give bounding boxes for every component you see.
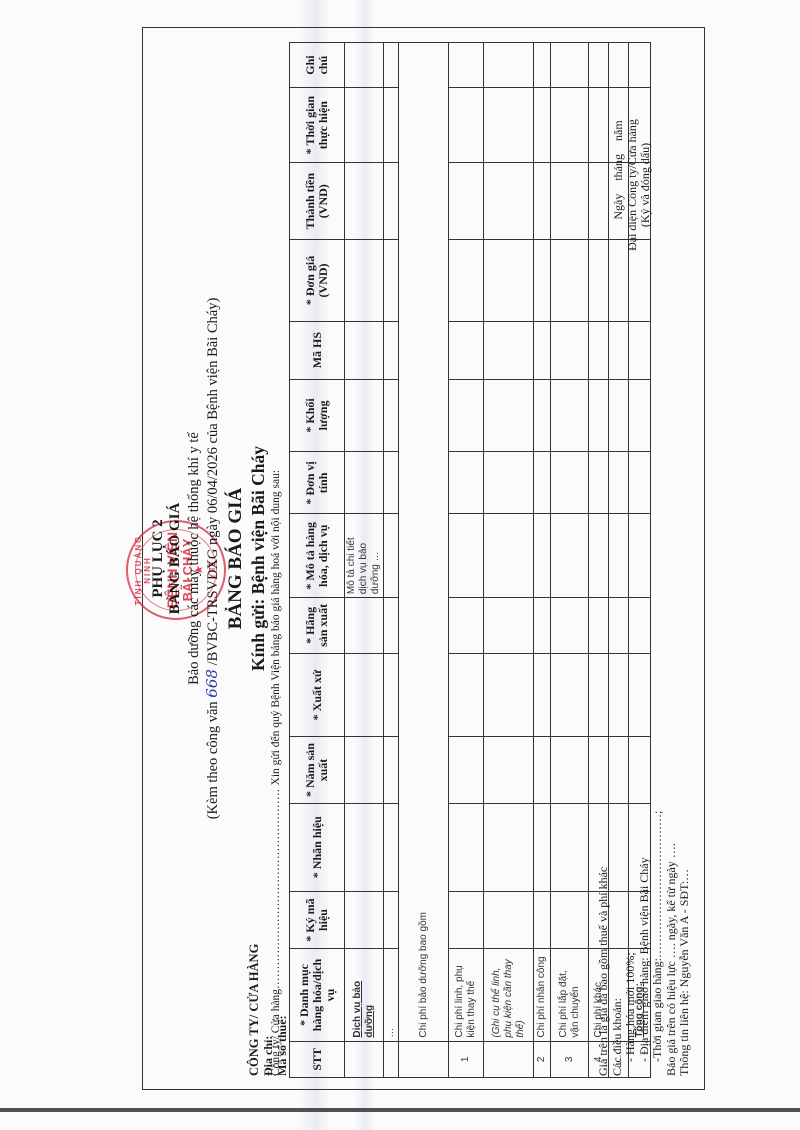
- cell-empty: [609, 653, 629, 737]
- cell-empty: [551, 452, 589, 514]
- cell-empty: [551, 653, 589, 737]
- cell-empty: [384, 803, 399, 891]
- cell-empty: [484, 803, 534, 891]
- cell-empty: [551, 891, 589, 949]
- cell-empty: [484, 163, 534, 240]
- price-note: Giá trên là giá đã bao gồm thuế và phí k…: [597, 811, 611, 1076]
- table-row: …: [384, 43, 399, 1078]
- cell-empty: [589, 379, 609, 452]
- cell-empty: [609, 379, 629, 452]
- cell-stt: [384, 1041, 399, 1077]
- column-header: * Đơn giá (VND): [290, 240, 345, 321]
- cell-empty: [551, 321, 589, 379]
- scan-page-edge: [0, 1108, 800, 1112]
- cell-empty: [534, 163, 551, 240]
- intro-line: Công ty/ Cửa hàng…………………………………………… Xin g…: [270, 470, 282, 1076]
- cell-stt: 2: [534, 1041, 551, 1077]
- column-header: * Thời gian thực hiện: [290, 88, 345, 163]
- cell-empty: [534, 321, 551, 379]
- term-delivery-time: -Thời gian giao hàng:………………………………;: [651, 811, 665, 1076]
- cell-empty: [484, 321, 534, 379]
- cell-empty: [589, 321, 609, 379]
- cell-empty: [484, 88, 534, 163]
- cell-empty: [589, 598, 609, 654]
- cell-empty: [609, 452, 629, 514]
- cell-empty: [449, 891, 484, 949]
- cell-empty: [449, 163, 484, 240]
- cell-empty: [449, 653, 484, 737]
- cell-empty: [384, 240, 399, 321]
- quotation-title: BẢNG BÁO GIÁ: [225, 27, 247, 1090]
- cell-empty: [551, 88, 589, 163]
- cell-empty: [629, 514, 651, 598]
- cell-description: Mô tả chi tiết dịch vụ bảo dưỡng …: [345, 514, 384, 598]
- cell-empty: [534, 379, 551, 452]
- cell-empty: [345, 803, 384, 891]
- cell-empty: [534, 598, 551, 654]
- terms-block: Giá trên là giá đã bao gồm thuế và phí k…: [597, 811, 692, 1076]
- cell-empty: [449, 321, 484, 379]
- cell-empty: [534, 803, 551, 891]
- cell-item: Chi phí lắp đặt, vận chuyển: [551, 949, 589, 1041]
- cell-empty: [609, 737, 629, 803]
- handwritten-doc-number: 668: [203, 669, 221, 698]
- intro-fill-dots: ……………………………………………: [270, 788, 282, 989]
- cell-empty: [384, 452, 399, 514]
- cell-stt: [484, 1041, 534, 1077]
- cell-empty: [384, 43, 399, 88]
- column-header: * Nhãn hiệu: [290, 803, 345, 891]
- column-header: * Khối lượng: [290, 379, 345, 452]
- table-row: 1Chi phí linh, phụ kiện thay thế: [449, 43, 484, 1078]
- cell-empty: [449, 379, 484, 452]
- cell-item: (Ghi cụ thể linh, phụ kiện cần thay thế): [484, 949, 534, 1041]
- quotation-page: TỈNH QUẢNG NINH BỆNH VIỆN BÃI CHÁY ★ Y T…: [142, 27, 705, 1090]
- table-row: 3Chi phí lắp đặt, vận chuyển: [551, 43, 589, 1078]
- cell-empty: [551, 737, 589, 803]
- cell-stt: 3: [551, 1041, 589, 1077]
- cell-empty: [345, 737, 384, 803]
- cell-item: Chi phí bảo dưỡng bao gồm: [399, 43, 449, 1042]
- cell-stt: [399, 1041, 449, 1077]
- cell-empty: [384, 737, 399, 803]
- intro-company-label: Công ty/ Cửa hàng: [270, 989, 282, 1076]
- intro-text: Xin gửi đến quý Bệnh Viện bảng báo giá h…: [270, 470, 282, 785]
- cell-empty: [609, 321, 629, 379]
- cell-empty: [589, 737, 609, 803]
- subject-line: Bảo dưỡng các máy thuộc hệ thống khí y t…: [186, 27, 203, 1090]
- cell-empty: [484, 452, 534, 514]
- column-header: * Hãng sản xuất: [290, 598, 345, 654]
- cell-item: Chi phí linh, phụ kiện thay thế: [449, 949, 484, 1041]
- cell-empty: [345, 43, 384, 88]
- cell-empty: [484, 653, 534, 737]
- column-header: * Năm sản xuất: [290, 737, 345, 803]
- cell-empty: [534, 737, 551, 803]
- validity-note: Báo giá trên có hiệu lực …. ngày, kể từ …: [665, 811, 679, 1076]
- cell-empty: [484, 598, 534, 654]
- cell-empty: [551, 43, 589, 88]
- cell-empty: [384, 653, 399, 737]
- cell-empty: [484, 43, 534, 88]
- cell-empty: [484, 891, 534, 949]
- signature-note: (Ký và đóng dấu): [639, 70, 653, 300]
- addressee: Kính gửi: Bệnh viện Bãi Cháy: [248, 27, 269, 1090]
- reference-line: (Kèm theo công văn 668 /BVBC-TRSVDXG ngà…: [203, 27, 222, 1090]
- cell-empty: [345, 452, 384, 514]
- cell-empty: [551, 379, 589, 452]
- cell-description: [484, 514, 534, 598]
- cell-empty: [384, 321, 399, 379]
- cell-empty: [629, 737, 651, 803]
- form-title: BẢNG BÁO GIÁ: [167, 27, 184, 1090]
- cell-empty: [589, 452, 609, 514]
- cell-item: Dịch vụ bảo dưỡng: [345, 949, 384, 1041]
- cell-empty: [551, 803, 589, 891]
- cell-empty: [345, 891, 384, 949]
- cell-empty: [534, 88, 551, 163]
- cell-description: [551, 514, 589, 598]
- cell-empty: [534, 891, 551, 949]
- reference-suffix: /BVBC-TRSVDXG ngày 06/04/2026 của Bệnh v…: [205, 298, 221, 669]
- cell-empty: [589, 43, 609, 88]
- cell-description: [589, 514, 609, 598]
- table-row: 2Chi phí nhân công: [534, 43, 551, 1078]
- cell-empty: [484, 379, 534, 452]
- cell-empty: [609, 598, 629, 654]
- cell-empty: [345, 379, 384, 452]
- cell-empty: [449, 598, 484, 654]
- cell-empty: [534, 43, 551, 88]
- cell-empty: [629, 653, 651, 737]
- cell-empty: [384, 598, 399, 654]
- cell-empty: [345, 653, 384, 737]
- cell-empty: [449, 452, 484, 514]
- terms-label: Các điều khoản:: [611, 811, 625, 1076]
- cell-description: [609, 514, 629, 598]
- table-row: Chi phí bảo dưỡng bao gồm: [399, 43, 449, 1078]
- cell-empty: [449, 737, 484, 803]
- signature-date-line: Ngày tháng năm: [612, 70, 626, 300]
- column-header: * Ký mã hiệu: [290, 891, 345, 949]
- cell-empty: [629, 598, 651, 654]
- signature-representative: Đại diện Công ty/Cửa hàng: [626, 70, 640, 300]
- term-delivery-place: - Địa điểm giao hàng: Bệnh viện Bãi Cháy: [638, 811, 652, 1076]
- cell-empty: [551, 163, 589, 240]
- cell-empty: [345, 163, 384, 240]
- term-new-goods: - Hàng hóa mới 100%;: [624, 811, 638, 1076]
- column-header: Ghi chú: [290, 43, 345, 88]
- cell-description: [534, 514, 551, 598]
- cell-stt: [345, 1041, 384, 1077]
- cell-empty: [345, 321, 384, 379]
- column-header: Thành tiền (VND): [290, 163, 345, 240]
- cell-empty: [629, 452, 651, 514]
- cell-empty: [484, 240, 534, 321]
- cell-empty: [449, 88, 484, 163]
- cell-empty: [384, 88, 399, 163]
- cell-empty: [345, 598, 384, 654]
- cell-empty: [449, 43, 484, 88]
- column-header: STT: [290, 1041, 345, 1077]
- cell-empty: [345, 240, 384, 321]
- cell-description: [384, 514, 399, 598]
- cell-empty: [589, 88, 609, 163]
- appendix-title: PHỤ LỤC 2: [150, 27, 167, 1090]
- column-header: Mã HS: [290, 321, 345, 379]
- cell-empty: [534, 452, 551, 514]
- cell-empty: [484, 737, 534, 803]
- cell-empty: [384, 891, 399, 949]
- table-header-row: STT* Danh mục hàng hóa/dịch vụ* Ký mã hi…: [290, 43, 345, 1078]
- cell-item: Chi phí nhân công: [534, 949, 551, 1041]
- cell-item: …: [384, 949, 399, 1041]
- cell-description: [449, 514, 484, 598]
- reference-prefix: (Kèm theo công văn: [205, 698, 221, 820]
- cell-empty: [345, 88, 384, 163]
- contact-info: Thông tin liên hệ: Nguyễn Văn A - SĐT:…: [678, 811, 692, 1076]
- table-row: (Ghi cụ thể linh, phụ kiện cần thay thế): [484, 43, 534, 1078]
- column-header: * Danh mục hàng hóa/dịch vụ: [290, 949, 345, 1041]
- cell-empty: [384, 379, 399, 452]
- cell-empty: [589, 163, 609, 240]
- cell-empty: [629, 321, 651, 379]
- cell-empty: [534, 240, 551, 321]
- signature-block: Ngày tháng năm Đại diện Công ty/Cửa hàng…: [612, 70, 653, 300]
- cell-empty: [384, 163, 399, 240]
- cell-empty: [534, 653, 551, 737]
- table-row: Dịch vụ bảo dưỡngMô tả chi tiết dịch vụ …: [345, 43, 384, 1078]
- column-header: * Mô tả hàng hóa, dịch vụ: [290, 514, 345, 598]
- column-header: * Xuất xứ: [290, 653, 345, 737]
- cell-empty: [551, 598, 589, 654]
- cell-empty: [589, 240, 609, 321]
- cell-empty: [449, 240, 484, 321]
- cell-empty: [629, 379, 651, 452]
- cell-stt: 1: [449, 1041, 484, 1077]
- cell-empty: [449, 803, 484, 891]
- column-header: * Đơn vị tính: [290, 452, 345, 514]
- cell-empty: [551, 240, 589, 321]
- cell-empty: [589, 653, 609, 737]
